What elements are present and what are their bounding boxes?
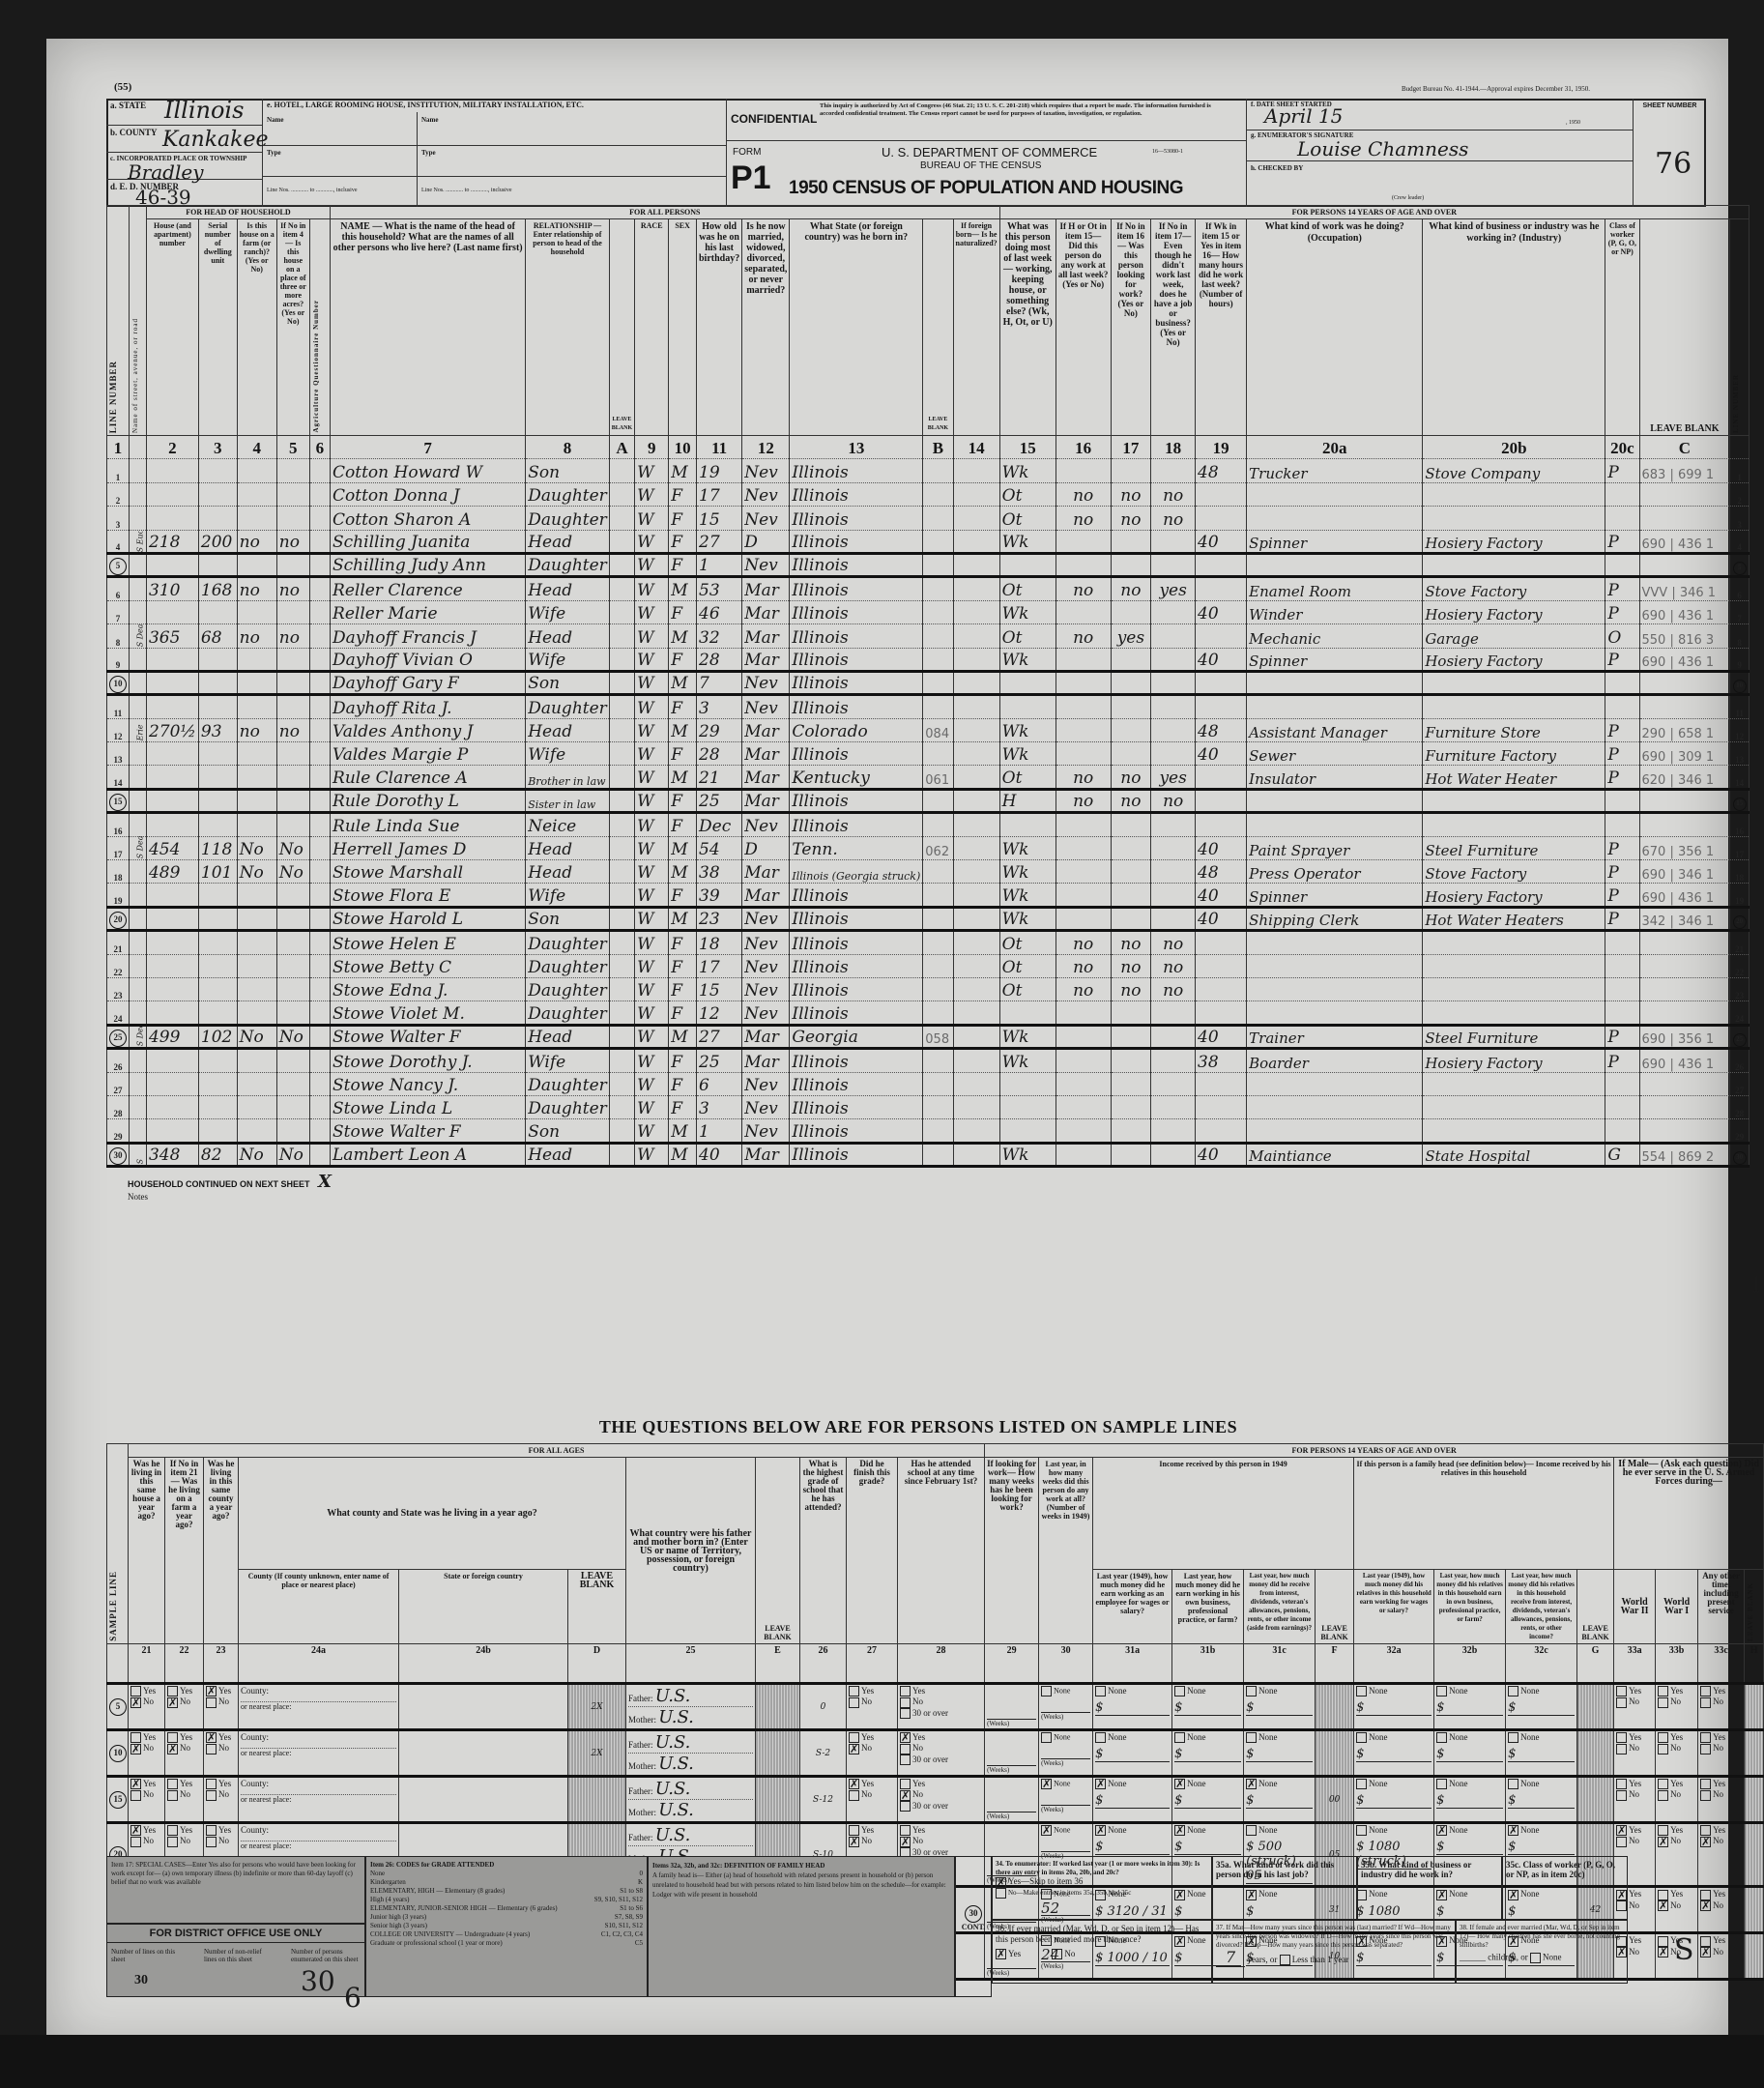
q31a-none-checkbox[interactable]: ✗ — [1095, 1779, 1106, 1789]
sample-line-marker: 10 — [109, 676, 127, 693]
cell-acres — [276, 507, 309, 530]
parents-birthplace-cell: Father: U.S.Mother: U.S. — [626, 1684, 756, 1730]
q31c-cell[interactable]: None$ — [1244, 1684, 1316, 1730]
table-row: 17S Dearborn454118NoNoHerrell James DHea… — [107, 836, 1750, 859]
q30-cell[interactable]: ✗None(Weeks) — [1039, 1777, 1093, 1823]
cell-street — [130, 671, 147, 694]
q32a-none-checkbox[interactable] — [1356, 1779, 1367, 1789]
line-number: 3 — [107, 507, 130, 530]
enumerator-signature: Louise Chamness — [1297, 137, 1468, 160]
cell-activity: Ot — [999, 766, 1056, 789]
cell-industry — [1423, 507, 1605, 530]
q28-30-or-over-checkbox[interactable] — [900, 1708, 911, 1719]
cell-activity: Wk — [999, 718, 1056, 741]
q33c-yes-checkbox[interactable] — [1700, 1779, 1711, 1789]
q33b-yes-checkbox[interactable] — [1658, 1779, 1668, 1789]
q33a-yes-checkbox[interactable] — [1616, 1686, 1627, 1696]
col-10-header: SEX — [669, 219, 697, 436]
cell-occupation: Shipping Clerk — [1247, 907, 1423, 930]
cell-marital: Nev — [742, 907, 790, 930]
q22-cell: Yes✗No — [165, 1730, 204, 1777]
leave-blank-D: 2X — [568, 1730, 626, 1777]
cell-dwelling — [198, 1119, 237, 1143]
q34-no-checkbox[interactable] — [996, 1888, 1006, 1899]
q22-no-checkbox[interactable] — [167, 1790, 178, 1801]
q27-no-checkbox[interactable] — [849, 1697, 859, 1708]
q28-30-or-over-checkbox[interactable] — [900, 1801, 911, 1812]
cell-name: Stowe Nancy J. — [331, 1072, 526, 1095]
q32c-cell[interactable]: None$ — [1506, 1777, 1577, 1823]
cell-house — [146, 1001, 198, 1025]
cell-race: W — [635, 1095, 669, 1118]
table-row: 26Stowe Dorothy J.WifeWF25MarIllinoisWk3… — [107, 1049, 1750, 1072]
q33b-no-checkbox[interactable] — [1658, 1697, 1668, 1708]
cell-race: W — [635, 553, 669, 576]
q32b-none-checkbox[interactable] — [1436, 1779, 1447, 1789]
q21-no-checkbox[interactable] — [130, 1837, 141, 1847]
cell-occupation — [1247, 1095, 1423, 1118]
q30-none-checkbox[interactable] — [1041, 1732, 1052, 1743]
cell-street — [130, 1119, 147, 1143]
cell-acres — [276, 553, 309, 576]
cell-rel: Head — [526, 1143, 610, 1166]
q27-no-checkbox[interactable] — [849, 1790, 859, 1801]
q21-yes-checkbox[interactable]: ✗ — [130, 1779, 141, 1789]
cell-marital: Nev — [742, 813, 790, 836]
cell-house — [146, 507, 198, 530]
q29-cell[interactable]: (Weeks) — [985, 1730, 1039, 1777]
q27-no-checkbox[interactable]: ✗ — [849, 1744, 859, 1754]
cell-acres — [276, 742, 309, 766]
grade-cell: S-12 — [800, 1777, 847, 1823]
cell-house — [146, 884, 198, 907]
line-number: 15 — [107, 789, 130, 812]
q32b-cell[interactable]: None$ — [1434, 1777, 1506, 1823]
q28-yes-checkbox[interactable]: ✗ — [900, 1732, 911, 1743]
q23-no-checkbox[interactable] — [206, 1697, 217, 1708]
q33c-yes-checkbox[interactable] — [1700, 1686, 1711, 1696]
q38-none-checkbox[interactable] — [1530, 1953, 1541, 1963]
q31a-cell[interactable]: None$ — [1093, 1684, 1172, 1730]
q31a-none-checkbox[interactable] — [1095, 1686, 1106, 1696]
grade-code-item: ELEMENTARY, HIGH — Elementary (8 grades)… — [370, 1887, 643, 1896]
q23-yes-checkbox[interactable] — [206, 1825, 217, 1836]
q33c-no-checkbox[interactable] — [1700, 1697, 1711, 1708]
cell-dwelling: 168 — [198, 577, 237, 600]
q33c-no-checkbox[interactable] — [1700, 1790, 1711, 1801]
q29-cell[interactable]: (Weeks) — [985, 1684, 1039, 1730]
q31c-none-checkbox[interactable]: ✗ — [1246, 1779, 1257, 1789]
cell-hours — [1196, 813, 1247, 836]
q22-yes-checkbox[interactable] — [167, 1825, 178, 1836]
cell-activity — [999, 671, 1056, 694]
q27-yes-checkbox[interactable] — [849, 1825, 859, 1836]
cell-house — [146, 1119, 198, 1143]
cell-q17 — [1111, 884, 1151, 907]
cell-dwelling: 102 — [198, 1025, 237, 1048]
cell-farm — [237, 1072, 276, 1095]
q33a-yes-checkbox[interactable] — [1616, 1732, 1627, 1743]
cell-b — [923, 482, 953, 506]
q32b-cell[interactable]: None$ — [1434, 1730, 1506, 1777]
q33c-cell: YesNo — [1698, 1777, 1745, 1823]
q28-yes-checkbox[interactable] — [900, 1686, 911, 1696]
cell-q17 — [1111, 1072, 1151, 1095]
q31a-none-checkbox[interactable] — [1095, 1732, 1106, 1743]
cell-hours — [1196, 695, 1247, 718]
cell-activity: Wk — [999, 836, 1056, 859]
question-38: 38. If female and ever married (Mar, Wd,… — [1456, 1920, 1628, 1984]
q36-yes-checkbox[interactable]: ✗ — [996, 1949, 1006, 1959]
cell-class: P — [1605, 459, 1639, 482]
lines-on-sheet: 30 — [134, 1973, 148, 1988]
line-number-right: 28 — [1730, 1095, 1750, 1118]
cell-activity: Ot — [999, 624, 1056, 648]
q28-yes-checkbox[interactable] — [900, 1825, 911, 1836]
cell-occupation — [1247, 977, 1423, 1000]
cell-q17 — [1111, 907, 1151, 930]
col-13-header: What State (or foreign country) was he b… — [790, 219, 923, 436]
cell-industry — [1423, 977, 1605, 1000]
cell-b — [923, 600, 953, 623]
state-cell[interactable] — [399, 1684, 568, 1730]
cell-dwelling: 118 — [198, 836, 237, 859]
q22-yes-checkbox[interactable] — [167, 1779, 178, 1789]
q21-no-checkbox[interactable]: ✗ — [130, 1744, 141, 1754]
ed-field: d. E. D. NUMBER 46-39 — [106, 180, 263, 207]
q31b-cell[interactable]: None$ — [1172, 1684, 1244, 1730]
q33b-yes-checkbox[interactable] — [1658, 1686, 1668, 1696]
q21-yes-checkbox[interactable] — [130, 1686, 141, 1696]
q31c-cell[interactable]: ✗None$ — [1244, 1777, 1316, 1823]
cell-dwelling — [198, 459, 237, 482]
q23-yes-checkbox[interactable]: ✗ — [206, 1732, 217, 1743]
cell-acres — [276, 671, 309, 694]
q32b-none-checkbox[interactable]: ✗ — [1436, 1825, 1447, 1836]
cell-marital: Mar — [742, 884, 790, 907]
q32a-none-checkbox[interactable] — [1356, 1732, 1367, 1743]
q31b-cell[interactable]: None$ — [1172, 1730, 1244, 1777]
cell-b — [923, 813, 953, 836]
q33c-yes-checkbox[interactable] — [1700, 1732, 1711, 1743]
cell-q16 — [1056, 648, 1111, 671]
col-15-header: What was this person doing most of last … — [999, 219, 1056, 436]
blank-cell — [609, 836, 634, 859]
cell-race: W — [635, 977, 669, 1000]
cell-code — [1639, 1119, 1730, 1143]
q32c-none-checkbox[interactable] — [1508, 1779, 1518, 1789]
q32c-cell[interactable]: None$ — [1506, 1730, 1577, 1777]
table-row: 14Rule Clarence ABrother in lawWM21MarKe… — [107, 766, 1750, 789]
line-number: 6 — [107, 577, 130, 600]
line-number-right: 18 — [1730, 860, 1750, 884]
cell-house: 310 — [146, 577, 198, 600]
q32b-none-checkbox[interactable] — [1436, 1732, 1447, 1743]
line-number-right: 11 — [1730, 695, 1750, 718]
col-24-header: What county and State was he living in a… — [239, 1458, 626, 1570]
cell-house — [146, 954, 198, 977]
col-6-header: Agriculture Questionnaire Number — [309, 219, 330, 436]
q33a-no-checkbox[interactable] — [1616, 1697, 1627, 1708]
q32c-cell[interactable]: None$ — [1506, 1684, 1577, 1730]
cell-q16 — [1056, 553, 1111, 576]
q22-no-checkbox[interactable] — [167, 1837, 178, 1847]
q31c-none-checkbox[interactable] — [1246, 1732, 1257, 1743]
cell-q16 — [1056, 1001, 1111, 1025]
cell-age: 54 — [697, 836, 742, 859]
cell-q18 — [1151, 1049, 1196, 1072]
cell-q16 — [1056, 813, 1111, 836]
q31b-none-checkbox[interactable]: ✗ — [1174, 1779, 1185, 1789]
blank-cell — [309, 671, 330, 694]
cell-b — [923, 1119, 953, 1143]
q31a-cell[interactable]: None$ — [1093, 1730, 1172, 1777]
col-B-header: LEAVE BLANK — [923, 219, 953, 436]
cell-hours: 40 — [1196, 648, 1247, 671]
q34-yes-checkbox[interactable]: ✗ — [996, 1877, 1006, 1888]
cell-code: 554 | 869 2 — [1639, 1143, 1730, 1166]
q31b-none-checkbox[interactable]: ✗ — [1174, 1825, 1185, 1836]
q22-no-checkbox[interactable]: ✗ — [167, 1744, 178, 1754]
q21-no-checkbox[interactable] — [130, 1790, 141, 1801]
cell-house — [146, 766, 198, 789]
cell-dwelling — [198, 907, 237, 930]
q32a-cell[interactable]: None$ — [1354, 1684, 1434, 1730]
col-5-header: If No in item 4— Is this house on a plac… — [276, 219, 309, 436]
cell-house — [146, 813, 198, 836]
cell-q18 — [1151, 836, 1196, 859]
grade-codes-list: None0KindergartenKELEMENTARY, HIGH — Ele… — [370, 1870, 643, 1948]
county-cell[interactable]: County:or nearest place: — [239, 1730, 399, 1777]
family-head-panel: Items 32a, 32b, and 32c: DEFINITION OF F… — [648, 1856, 955, 1997]
q32c-none-checkbox[interactable]: ✗ — [1508, 1825, 1518, 1836]
cell-code — [1639, 695, 1730, 718]
q31b-cell[interactable]: ✗None$ — [1172, 1777, 1244, 1823]
cell-nat — [953, 907, 999, 930]
q32a-none-checkbox[interactable] — [1356, 1825, 1367, 1836]
family-income-header: If this person is a family head (see def… — [1354, 1458, 1614, 1570]
q31a-cell[interactable]: ✗None$ — [1093, 1777, 1172, 1823]
q21-cell: ✗YesNo — [129, 1777, 165, 1823]
cell-street: S Dearborn — [130, 836, 147, 859]
ask-questions-marker: 30 — [1730, 1143, 1750, 1166]
q28-no-checkbox[interactable]: ✗ — [900, 1790, 911, 1801]
table-row: 8S Dearborn36568nonoDayhoff Francis JHea… — [107, 624, 1750, 648]
q28-yes-checkbox[interactable] — [900, 1779, 911, 1789]
cell-q16 — [1056, 1095, 1111, 1118]
q27-yes-checkbox[interactable] — [849, 1732, 859, 1743]
q22-yes-checkbox[interactable] — [167, 1686, 178, 1696]
q33a-yes-checkbox[interactable] — [1616, 1779, 1627, 1789]
blank-cell — [309, 742, 330, 766]
q23-yes-checkbox[interactable]: ✗ — [206, 1686, 217, 1696]
q33b-yes-checkbox[interactable] — [1658, 1732, 1668, 1743]
cell-class — [1605, 813, 1639, 836]
q36-no-checkbox[interactable] — [1052, 1949, 1062, 1959]
q33b-no-checkbox[interactable] — [1658, 1790, 1668, 1801]
table-row: 4S Euclid218200nonoSchilling JuanitaHead… — [107, 530, 1750, 553]
line-number: 19 — [107, 884, 130, 907]
q31c-none-checkbox[interactable] — [1246, 1825, 1257, 1836]
sample-line-marker: 10 — [107, 1730, 129, 1777]
cell-class — [1605, 482, 1639, 506]
state-cell[interactable] — [399, 1730, 568, 1777]
q27-yes-checkbox[interactable] — [849, 1686, 859, 1696]
cell-dwelling — [198, 742, 237, 766]
line-number: 29 — [107, 1119, 130, 1143]
cell-q17 — [1111, 1119, 1151, 1143]
q28-no-checkbox[interactable] — [900, 1744, 911, 1754]
table-row: 19Stowe Flora EWifeWF39MarIllinoisWk40Sp… — [107, 884, 1750, 907]
q32c-none-checkbox[interactable] — [1508, 1732, 1518, 1743]
line-number-right: 9 — [1730, 648, 1750, 671]
cell-occupation: Press Operator — [1247, 860, 1423, 884]
q33c-yes-checkbox[interactable] — [1700, 1825, 1711, 1836]
q30-none-checkbox[interactable]: ✗ — [1041, 1779, 1052, 1789]
blank-cell — [609, 813, 634, 836]
continued-mark: X — [318, 1172, 332, 1192]
cell-b — [923, 860, 953, 884]
line-number: 22 — [107, 954, 130, 977]
q21-no-checkbox[interactable]: ✗ — [130, 1697, 141, 1708]
q33a-yes-checkbox[interactable]: ✗ — [1616, 1825, 1627, 1836]
cell-race: W — [635, 1143, 669, 1166]
blank-cell — [609, 766, 634, 789]
line-number-right: 29 — [1730, 1119, 1750, 1143]
sample-line-marker: 5 — [109, 558, 127, 575]
cell-birthplace: Illinois — [790, 648, 923, 671]
q27-no-checkbox[interactable]: ✗ — [849, 1837, 859, 1847]
blank-cell — [309, 1095, 330, 1118]
q37-less-checkbox[interactable] — [1280, 1955, 1290, 1965]
q30-none-checkbox[interactable]: ✗ — [1041, 1825, 1052, 1836]
cell-class — [1605, 1119, 1639, 1143]
q30-cell[interactable]: None(Weeks) — [1039, 1684, 1093, 1730]
q33b-yes-checkbox[interactable] — [1658, 1825, 1668, 1836]
cell-b — [923, 789, 953, 812]
cell-q16: no — [1056, 931, 1111, 954]
q33b-no-checkbox[interactable]: ✗ — [1658, 1837, 1668, 1847]
cell-b — [923, 931, 953, 954]
q32a-none-checkbox[interactable] — [1356, 1686, 1367, 1696]
cell-nat — [953, 931, 999, 954]
cell-name: Cotton Sharon A — [331, 507, 526, 530]
q28-no-checkbox[interactable]: ✗ — [900, 1837, 911, 1847]
q31b-none-checkbox[interactable] — [1174, 1732, 1185, 1743]
cell-nat — [953, 860, 999, 884]
blank-cell — [309, 695, 330, 718]
cell-nat — [953, 954, 999, 977]
cell-birthplace: Illinois — [790, 977, 923, 1000]
cell-race: W — [635, 1072, 669, 1095]
q32a-cell[interactable]: None$ — [1354, 1730, 1434, 1777]
leave-blank-F: 00 — [1316, 1777, 1354, 1823]
cell-name: Stowe Harold L — [331, 907, 526, 930]
q33a-no-checkbox[interactable] — [1616, 1744, 1627, 1754]
cell-q17: yes — [1111, 624, 1151, 648]
cell-q17: no — [1111, 482, 1151, 506]
q32b-cell[interactable]: None$ — [1434, 1684, 1506, 1730]
cell-house — [146, 553, 198, 576]
cell-q18 — [1151, 671, 1196, 694]
county-cell[interactable]: County:or nearest place: — [239, 1684, 399, 1730]
q23-no-checkbox[interactable] — [206, 1744, 217, 1754]
cell-house — [146, 459, 198, 482]
q32a-cell[interactable]: None$ — [1354, 1777, 1434, 1823]
cell-sex: M — [669, 860, 697, 884]
cell-acres — [276, 954, 309, 977]
col-E-header: LEAVE BLANK — [756, 1458, 800, 1644]
q22-no-checkbox[interactable]: ✗ — [167, 1697, 178, 1708]
cell-occupation: Insulator — [1247, 766, 1423, 789]
cell-code: 690 | 346 1 — [1639, 860, 1730, 884]
q21-yes-checkbox[interactable] — [130, 1732, 141, 1743]
cell-dwelling — [198, 813, 237, 836]
q32c-none-checkbox[interactable] — [1508, 1686, 1518, 1696]
q31a-none-checkbox[interactable]: ✗ — [1095, 1825, 1106, 1836]
cell-birthplace: Illinois — [790, 931, 923, 954]
institution-field: e. HOTEL, LARGE ROOMING HOUSE, INSTITUTI… — [263, 99, 727, 207]
q33a-no-checkbox[interactable] — [1616, 1837, 1627, 1847]
cell-acres — [276, 482, 309, 506]
cell-name: Dayhoff Francis J — [331, 624, 526, 648]
q28-no-checkbox[interactable] — [900, 1697, 911, 1708]
cell-class — [1605, 553, 1639, 576]
cell-rel: Wife — [526, 884, 610, 907]
q27-yes-checkbox[interactable]: ✗ — [849, 1779, 859, 1789]
notes-label: Notes — [128, 1192, 1750, 1202]
q30-cell[interactable]: None(Weeks) — [1039, 1730, 1093, 1777]
q32b-none-checkbox[interactable] — [1436, 1686, 1447, 1696]
q33a-no-checkbox[interactable] — [1616, 1790, 1627, 1801]
cell-acres — [276, 695, 309, 718]
q30-none-checkbox[interactable] — [1041, 1686, 1052, 1696]
q23-yes-checkbox[interactable] — [206, 1779, 217, 1789]
cell-occupation: Assistant Manager — [1247, 718, 1423, 741]
q22-yes-checkbox[interactable] — [167, 1732, 178, 1743]
cell-marital: Mar — [742, 1025, 790, 1048]
cell-nat — [953, 789, 999, 812]
q33c-no-checkbox[interactable]: ✗ — [1700, 1837, 1711, 1847]
q21-yes-checkbox[interactable]: ✗ — [130, 1825, 141, 1836]
q28-30-or-over-checkbox[interactable] — [900, 1754, 911, 1765]
q31b-none-checkbox[interactable] — [1174, 1686, 1185, 1696]
cell-q16 — [1056, 884, 1111, 907]
cell-b — [923, 459, 953, 482]
county-cell[interactable]: County:or nearest place: — [239, 1777, 399, 1823]
state-cell[interactable] — [399, 1777, 568, 1823]
blank-cell — [309, 1072, 330, 1095]
cell-activity: Wk — [999, 530, 1056, 553]
q31c-none-checkbox[interactable] — [1246, 1686, 1257, 1696]
cell-name: Rule Linda Sue — [331, 813, 526, 836]
form-id: P1 — [731, 159, 771, 197]
q31c-cell[interactable]: None$ — [1244, 1730, 1316, 1777]
cell-rel: Wife — [526, 600, 610, 623]
q33b-no-checkbox[interactable] — [1658, 1744, 1668, 1754]
cell-age: 1 — [697, 553, 742, 576]
col-D-header: LEAVE BLANK — [568, 1570, 626, 1644]
line-number: 21 — [107, 931, 130, 954]
q33c-no-checkbox[interactable] — [1700, 1744, 1711, 1754]
q23-no-checkbox[interactable] — [206, 1790, 217, 1801]
cell-q18 — [1151, 813, 1196, 836]
q29-cell[interactable]: (Weeks) — [985, 1777, 1039, 1823]
q23-no-checkbox[interactable] — [206, 1837, 217, 1847]
line-number: 17 — [107, 836, 130, 859]
cell-industry: Stove Company — [1423, 459, 1605, 482]
cell-farm — [237, 600, 276, 623]
